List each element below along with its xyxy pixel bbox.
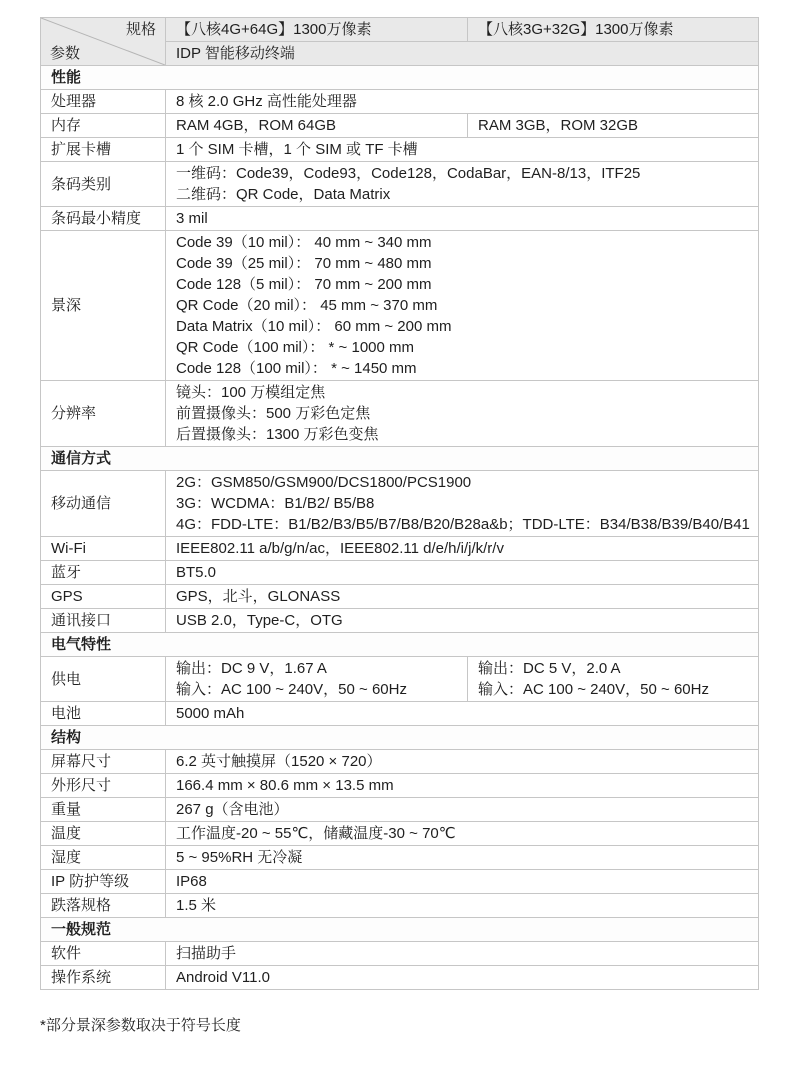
row-label: 屏幕尺寸: [41, 750, 166, 774]
row-value: 5 ~ 95%RH 无冷凝: [166, 846, 759, 870]
row-label: 扩展卡槽: [41, 138, 166, 162]
table-row: 处理器8 核 2.0 GHz 高性能处理器: [41, 90, 759, 114]
value-line: 二维码：QR Code，Data Matrix: [176, 184, 748, 205]
value-line: IP68: [176, 871, 748, 892]
value-line: 1 个 SIM 卡槽，1 个 SIM 或 TF 卡槽: [176, 139, 748, 160]
row-label: 湿度: [41, 846, 166, 870]
row-label: 内存: [41, 114, 166, 138]
table-row: 移动通信2G：GSM850/GSM900/DCS1800/PCS19003G：W…: [41, 471, 759, 537]
spec-page: 规格 参数 【八核4G+64G】1300万像素 【八核3G+32G】1300万像…: [0, 0, 790, 1082]
row-value: 3 mil: [166, 207, 759, 231]
table-row: 内存RAM 4GB，ROM 64GBRAM 3GB，ROM 32GB: [41, 114, 759, 138]
footnote: *部分景深参数取决于符号长度: [40, 1016, 758, 1036]
section-title: 电气特性: [41, 633, 759, 657]
row-value: USB 2.0，Type-C，OTG: [166, 609, 759, 633]
section-title: 结构: [41, 726, 759, 750]
value-line: Data Matrix（10 mil）： 60 mm ~ 200 mm: [176, 316, 748, 337]
value-line: USB 2.0，Type-C，OTG: [176, 610, 748, 631]
value-line: Code 39（25 mil）： 70 mm ~ 480 mm: [176, 253, 748, 274]
table-row: 供电输出：DC 9 V，1.67 A输入：AC 100 ~ 240V，50 ~ …: [41, 657, 759, 702]
row-label: 温度: [41, 822, 166, 846]
row-value: BT5.0: [166, 561, 759, 585]
table-row: 景深Code 39（10 mil）： 40 mm ~ 340 mmCode 39…: [41, 231, 759, 381]
value-line: 3G：WCDMA：B1/B2/ B5/B8: [176, 493, 748, 514]
value-line: 267 g（含电池）: [176, 799, 748, 820]
table-row: 通讯接口USB 2.0，Type-C，OTG: [41, 609, 759, 633]
row-label: 条码最小精度: [41, 207, 166, 231]
value-line: 5000 mAh: [176, 703, 748, 724]
row-value: 166.4 mm × 80.6 mm × 13.5 mm: [166, 774, 759, 798]
model-column-1: 【八核4G+64G】1300万像素: [166, 18, 468, 42]
value-line: Code 39（10 mil）： 40 mm ~ 340 mm: [176, 232, 748, 253]
row-value: 5000 mAh: [166, 702, 759, 726]
value-line: 工作温度-20 ~ 55℃，储藏温度-30 ~ 70℃: [176, 823, 748, 844]
value-line: 1.5 米: [176, 895, 748, 916]
row-value: 1 个 SIM 卡槽，1 个 SIM 或 TF 卡槽: [166, 138, 759, 162]
row-label: 条码类别: [41, 162, 166, 207]
value-line: 5 ~ 95%RH 无冷凝: [176, 847, 748, 868]
table-row: GPSGPS，北斗，GLONASS: [41, 585, 759, 609]
value-line: Code 128（100 mil）： * ~ 1450 mm: [176, 358, 748, 379]
row-value: 输出：DC 9 V，1.67 A输入：AC 100 ~ 240V，50 ~ 60…: [166, 657, 468, 702]
table-row: 蓝牙BT5.0: [41, 561, 759, 585]
row-value: GPS，北斗，GLONASS: [166, 585, 759, 609]
row-label: 操作系统: [41, 966, 166, 990]
row-value: 8 核 2.0 GHz 高性能处理器: [166, 90, 759, 114]
value-line: 输入：AC 100 ~ 240V，50 ~ 60Hz: [478, 679, 748, 700]
table-row: 软件扫描助手: [41, 942, 759, 966]
product-subtitle: IDP 智能移动终端: [166, 42, 759, 66]
row-label: 供电: [41, 657, 166, 702]
row-label: 重量: [41, 798, 166, 822]
corner-label-spec: 规格: [126, 19, 156, 40]
value-line: GPS，北斗，GLONASS: [176, 586, 748, 607]
section-title: 性能: [41, 66, 759, 90]
table-row: 条码类别一维码：Code39，Code93，Code128，CodaBar，EA…: [41, 162, 759, 207]
section-title: 通信方式: [41, 447, 759, 471]
corner-cell: 规格 参数: [41, 18, 166, 66]
table-row: 电池5000 mAh: [41, 702, 759, 726]
value-line: 镜头：100 万模组定焦: [176, 382, 748, 403]
row-value: 镜头：100 万模组定焦前置摄像头：500 万彩色定焦后置摄像头：1300 万彩…: [166, 381, 759, 447]
row-label: IP 防护等级: [41, 870, 166, 894]
section-row: 一般规范: [41, 918, 759, 942]
corner-label-param: 参数: [50, 43, 80, 64]
row-label: 分辨率: [41, 381, 166, 447]
row-label: 景深: [41, 231, 166, 381]
value-line: 输入：AC 100 ~ 240V，50 ~ 60Hz: [176, 679, 457, 700]
table-row: 条码最小精度3 mil: [41, 207, 759, 231]
section-title: 一般规范: [41, 918, 759, 942]
spec-table: 规格 参数 【八核4G+64G】1300万像素 【八核3G+32G】1300万像…: [40, 17, 759, 990]
value-line: 输出：DC 5 V，2.0 A: [478, 658, 748, 679]
section-row: 电气特性: [41, 633, 759, 657]
header-row-models: 规格 参数 【八核4G+64G】1300万像素 【八核3G+32G】1300万像…: [41, 18, 759, 42]
row-value: 扫描助手: [166, 942, 759, 966]
value-line: RAM 4GB，ROM 64GB: [176, 115, 457, 136]
row-label: 蓝牙: [41, 561, 166, 585]
value-line: 6.2 英寸触摸屏（1520 × 720）: [176, 751, 748, 772]
row-value: RAM 3GB，ROM 32GB: [468, 114, 759, 138]
value-line: QR Code（20 mil）： 45 mm ~ 370 mm: [176, 295, 748, 316]
table-row: IP 防护等级IP68: [41, 870, 759, 894]
value-line: 输出：DC 9 V，1.67 A: [176, 658, 457, 679]
table-row: 温度工作温度-20 ~ 55℃，储藏温度-30 ~ 70℃: [41, 822, 759, 846]
row-value: 1.5 米: [166, 894, 759, 918]
row-value: 输出：DC 5 V，2.0 A输入：AC 100 ~ 240V，50 ~ 60H…: [468, 657, 759, 702]
row-value: 6.2 英寸触摸屏（1520 × 720）: [166, 750, 759, 774]
row-label: GPS: [41, 585, 166, 609]
row-label: 跌落规格: [41, 894, 166, 918]
value-line: 8 核 2.0 GHz 高性能处理器: [176, 91, 748, 112]
section-row: 结构: [41, 726, 759, 750]
value-line: RAM 3GB，ROM 32GB: [478, 115, 748, 136]
row-value: 工作温度-20 ~ 55℃，储藏温度-30 ~ 70℃: [166, 822, 759, 846]
row-label: 通讯接口: [41, 609, 166, 633]
row-value: RAM 4GB，ROM 64GB: [166, 114, 468, 138]
value-line: 2G：GSM850/GSM900/DCS1800/PCS1900: [176, 472, 748, 493]
table-row: 外形尺寸166.4 mm × 80.6 mm × 13.5 mm: [41, 774, 759, 798]
value-line: 扫描助手: [176, 943, 748, 964]
table-row: Wi-FiIEEE802.11 a/b/g/n/ac，IEEE802.11 d/…: [41, 537, 759, 561]
row-label: 外形尺寸: [41, 774, 166, 798]
row-value: IEEE802.11 a/b/g/n/ac，IEEE802.11 d/e/h/i…: [166, 537, 759, 561]
row-label: 移动通信: [41, 471, 166, 537]
value-line: 后置摄像头：1300 万彩色变焦: [176, 424, 748, 445]
row-value: 267 g（含电池）: [166, 798, 759, 822]
table-row: 屏幕尺寸6.2 英寸触摸屏（1520 × 720）: [41, 750, 759, 774]
table-row: 分辨率镜头：100 万模组定焦前置摄像头：500 万彩色定焦后置摄像头：1300…: [41, 381, 759, 447]
table-row: 操作系统Android V11.0: [41, 966, 759, 990]
row-value: Android V11.0: [166, 966, 759, 990]
row-label: Wi-Fi: [41, 537, 166, 561]
table-row: 重量267 g（含电池）: [41, 798, 759, 822]
row-value: 一维码：Code39，Code93，Code128，CodaBar，EAN-8/…: [166, 162, 759, 207]
table-row: 扩展卡槽1 个 SIM 卡槽，1 个 SIM 或 TF 卡槽: [41, 138, 759, 162]
section-row: 通信方式: [41, 447, 759, 471]
table-row: 跌落规格1.5 米: [41, 894, 759, 918]
value-line: IEEE802.11 a/b/g/n/ac，IEEE802.11 d/e/h/i…: [176, 538, 748, 559]
row-value: Code 39（10 mil）： 40 mm ~ 340 mmCode 39（2…: [166, 231, 759, 381]
value-line: BT5.0: [176, 562, 748, 583]
spec-table-body: 规格 参数 【八核4G+64G】1300万像素 【八核3G+32G】1300万像…: [41, 18, 759, 990]
value-line: 一维码：Code39，Code93，Code128，CodaBar，EAN-8/…: [176, 163, 748, 184]
value-line: 前置摄像头：500 万彩色定焦: [176, 403, 748, 424]
row-label: 软件: [41, 942, 166, 966]
value-line: 3 mil: [176, 208, 748, 229]
model-column-2: 【八核3G+32G】1300万像素: [468, 18, 759, 42]
row-value: 2G：GSM850/GSM900/DCS1800/PCS19003G：WCDMA…: [166, 471, 759, 537]
row-value: IP68: [166, 870, 759, 894]
table-row: 湿度5 ~ 95%RH 无冷凝: [41, 846, 759, 870]
value-line: 166.4 mm × 80.6 mm × 13.5 mm: [176, 775, 748, 796]
value-line: QR Code（100 mil）： * ~ 1000 mm: [176, 337, 748, 358]
value-line: 4G：FDD-LTE：B1/B2/B3/B5/B7/B8/B20/B28a&b；…: [176, 514, 748, 535]
value-line: Code 128（5 mil）： 70 mm ~ 200 mm: [176, 274, 748, 295]
section-row: 性能: [41, 66, 759, 90]
value-line: Android V11.0: [176, 967, 748, 988]
row-label: 电池: [41, 702, 166, 726]
row-label: 处理器: [41, 90, 166, 114]
